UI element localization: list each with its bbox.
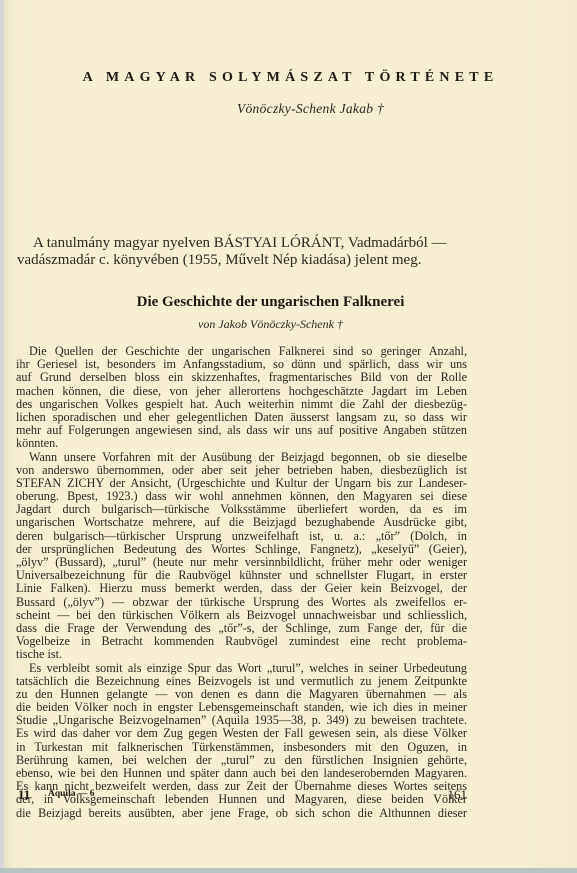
text-line: dass die Frage der Verwendung des „tőr”-… — [16, 622, 467, 635]
page-number: 161 — [448, 787, 468, 803]
text-line: oberung. Bpest, 1923.) dass wir wohl ann… — [16, 490, 467, 503]
text-line: ungarischen Wortschatze mehrere, auf die… — [16, 516, 467, 529]
text-line: auf Grund derselben bloss ein skizzenhaf… — [16, 371, 467, 384]
text-line: der ursprünglichen Bedeutung des Wortes … — [16, 543, 467, 556]
text-line: Die Quellen der Geschichte der ungarisch… — [16, 345, 467, 358]
publication-note: A tanulmány magyar nyelven BÁSTYAI LÓRÁN… — [17, 235, 465, 269]
text-line: in Turkestan mit falknerischen Türkenstä… — [16, 741, 467, 754]
text-line: deren bulgarisch—türkischer Ursprung unz… — [16, 530, 467, 543]
text-line: die Beizjagd bereits ausübten, aber jene… — [16, 807, 467, 820]
journal-name: Aquila — 6 — [48, 789, 94, 799]
viewer-bottom-edge — [0, 868, 577, 873]
text-line: tatsächlich die Bezeichnung eines Beizvo… — [16, 675, 467, 688]
text-line: könnten. — [16, 437, 467, 450]
main-author: Vönöczky-Schenk Jakab † — [4, 101, 577, 117]
text-line: die beiden Völker noch in engster Lebens… — [16, 701, 467, 714]
signature-mark: 11 — [18, 787, 30, 803]
text-line: Berührung kamen, bei welchen der „turul”… — [16, 754, 467, 767]
publication-note-line: vadászmadár c. könyvében (1955, Művelt N… — [17, 252, 465, 269]
text-line: Vogelbeize in Betracht kommenden Raubvög… — [16, 635, 467, 648]
text-line: STEFAN ZICHY der Ansicht, (Urgeschichte … — [16, 477, 467, 490]
text-line: Universalbezeichnung für die Raubvögel k… — [16, 569, 467, 582]
text-line: Bussard („ölyv”) — obzwar der türkische … — [16, 596, 467, 609]
article-author: von Jakob Vönöczky-Schenk † — [4, 317, 577, 332]
text-line: ihr Geriesel ist, besonders im Anfangsst… — [16, 358, 467, 371]
text-line: von anderswo übernommen, oder aber seit … — [16, 464, 467, 477]
text-line: machen können, die diese, von jeher alle… — [16, 385, 467, 398]
text-line: scheint — bei den türkischen Völkern als… — [16, 609, 467, 622]
text-line: „ölyv” (Bussard), „turul” (heute nur meh… — [16, 556, 467, 569]
article-body: Die Quellen der Geschichte der ungarisch… — [16, 345, 467, 820]
main-title: A MAGYAR SOLYMÁSZAT TÖRTÉNETE — [4, 70, 577, 86]
text-line: ebenso, wie bei den Hunnen und später da… — [16, 767, 467, 780]
page-footer: 11 Aquila — 6 161 — [16, 787, 467, 807]
text-line: Jagdart durch bulgarisch—türkische Volks… — [16, 503, 467, 516]
text-line: mehr auf Folgerungen angewiesen sind, al… — [16, 424, 467, 437]
text-line: Studie „Ungarische Beizvogelnamen” (Aqui… — [16, 714, 467, 727]
text-line: Es wird das daher vor dem Zug gegen West… — [16, 727, 467, 740]
document-page: A MAGYAR SOLYMÁSZAT TÖRTÉNETE Vönöczky-S… — [4, 0, 577, 868]
article-title: Die Geschichte der ungarischen Falknerei — [4, 294, 577, 311]
text-line: lichen sporadischen und eher gelegentlic… — [16, 411, 467, 424]
text-line: Es verbleibt somit als einzige Spur das … — [16, 662, 467, 675]
text-line: Linie Falken). Hierzu muss bemerkt werde… — [16, 582, 467, 595]
text-line: Wann unsere Vorfahren mit der Ausübung d… — [16, 451, 467, 464]
text-line: zu den Hunnen gelangte — von denen es da… — [16, 688, 467, 701]
publication-note-line: A tanulmány magyar nyelven BÁSTYAI LÓRÁN… — [17, 235, 465, 252]
text-line: des ungarischen Volkes gespielt hat. Auc… — [16, 398, 467, 411]
text-line: tische ist. — [16, 648, 467, 661]
